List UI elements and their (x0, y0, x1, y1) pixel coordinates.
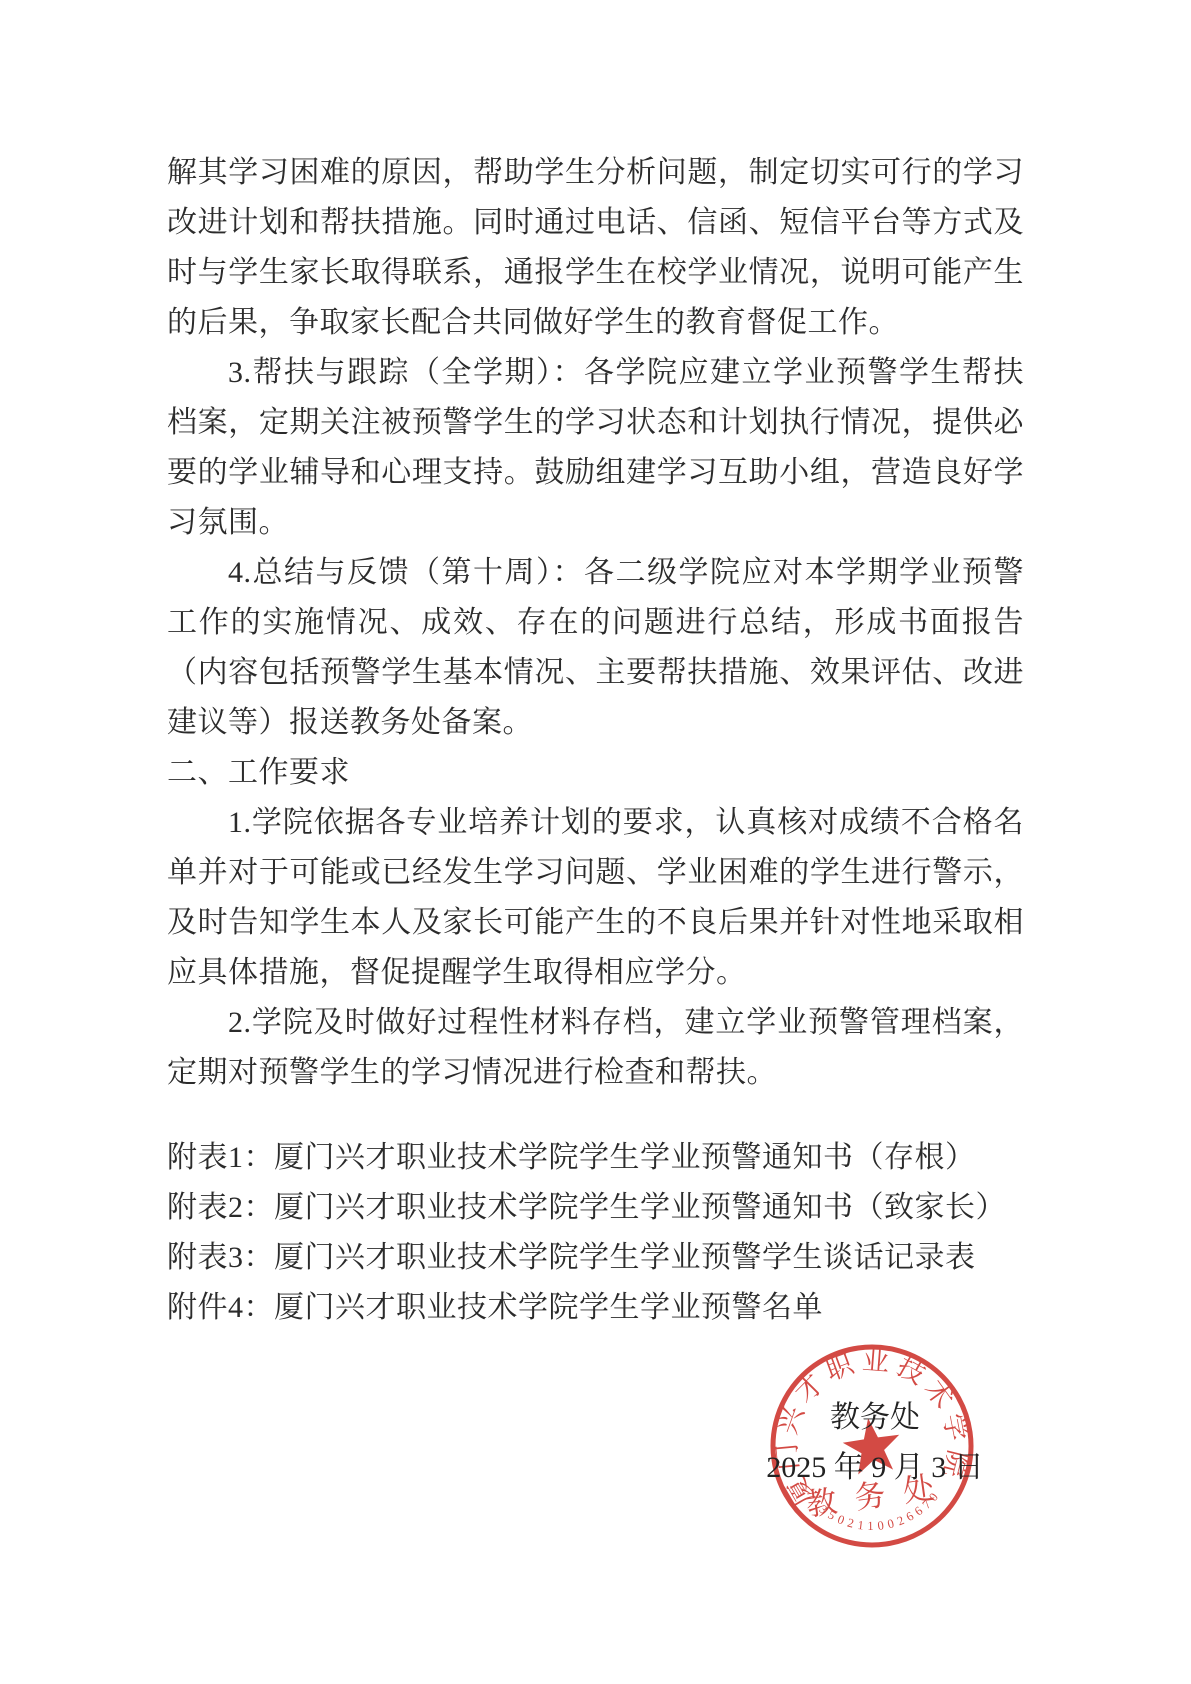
body-paragraph: 2.学院及时做好过程性材料存档，建立学业预警管理档案，定期对预警学生的学习情况进… (167, 998, 1024, 1098)
body-paragraph: 3.帮扶与跟踪（全学期）：各学院应建立学业预警学生帮扶档案，定期关注被预警学生的… (167, 348, 1024, 548)
attachment-list: 附表1：厦门兴才职业技术学院学生学业预警通知书（存根） 附表2：厦门兴才职业技术… (167, 1133, 1024, 1333)
document-body: 解其学习困难的原因，帮助学生分析问题，制定切实可行的学习改进计划和帮扶措施。同时… (167, 148, 1024, 1333)
signature-block: 教务处 2025 年 9 月 3 日 (660, 1393, 1090, 1493)
paragraph-gap (167, 1098, 1024, 1133)
attachment-line: 附表3：厦门兴才职业技术学院学生学业预警学生谈话记录表 (167, 1233, 1024, 1283)
section-heading: 二、工作要求 (167, 748, 1024, 798)
document-page: 解其学习困难的原因，帮助学生分析问题，制定切实可行的学习改进计划和帮扶措施。同时… (0, 0, 1191, 1684)
body-paragraph: 1.学院依据各专业培养计划的要求，认真核对成绩不合格名单并对于可能或已经发生学习… (167, 798, 1024, 998)
attachment-line: 附件4：厦门兴才职业技术学院学生学业预警名单 (167, 1283, 1024, 1333)
attachment-line: 附表1：厦门兴才职业技术学院学生学业预警通知书（存根） (167, 1133, 1024, 1183)
attachment-line: 附表2：厦门兴才职业技术学院学生学业预警通知书（致家长） (167, 1183, 1024, 1233)
signature-date: 2025 年 9 月 3 日 (660, 1443, 1090, 1493)
body-paragraph: 解其学习困难的原因，帮助学生分析问题，制定切实可行的学习改进计划和帮扶措施。同时… (167, 148, 1024, 348)
body-paragraph: 4.总结与反馈（第十周）：各二级学院应对本学期学业预警工作的实施情况、成效、存在… (167, 548, 1024, 748)
signature-department: 教务处 (660, 1393, 1090, 1443)
